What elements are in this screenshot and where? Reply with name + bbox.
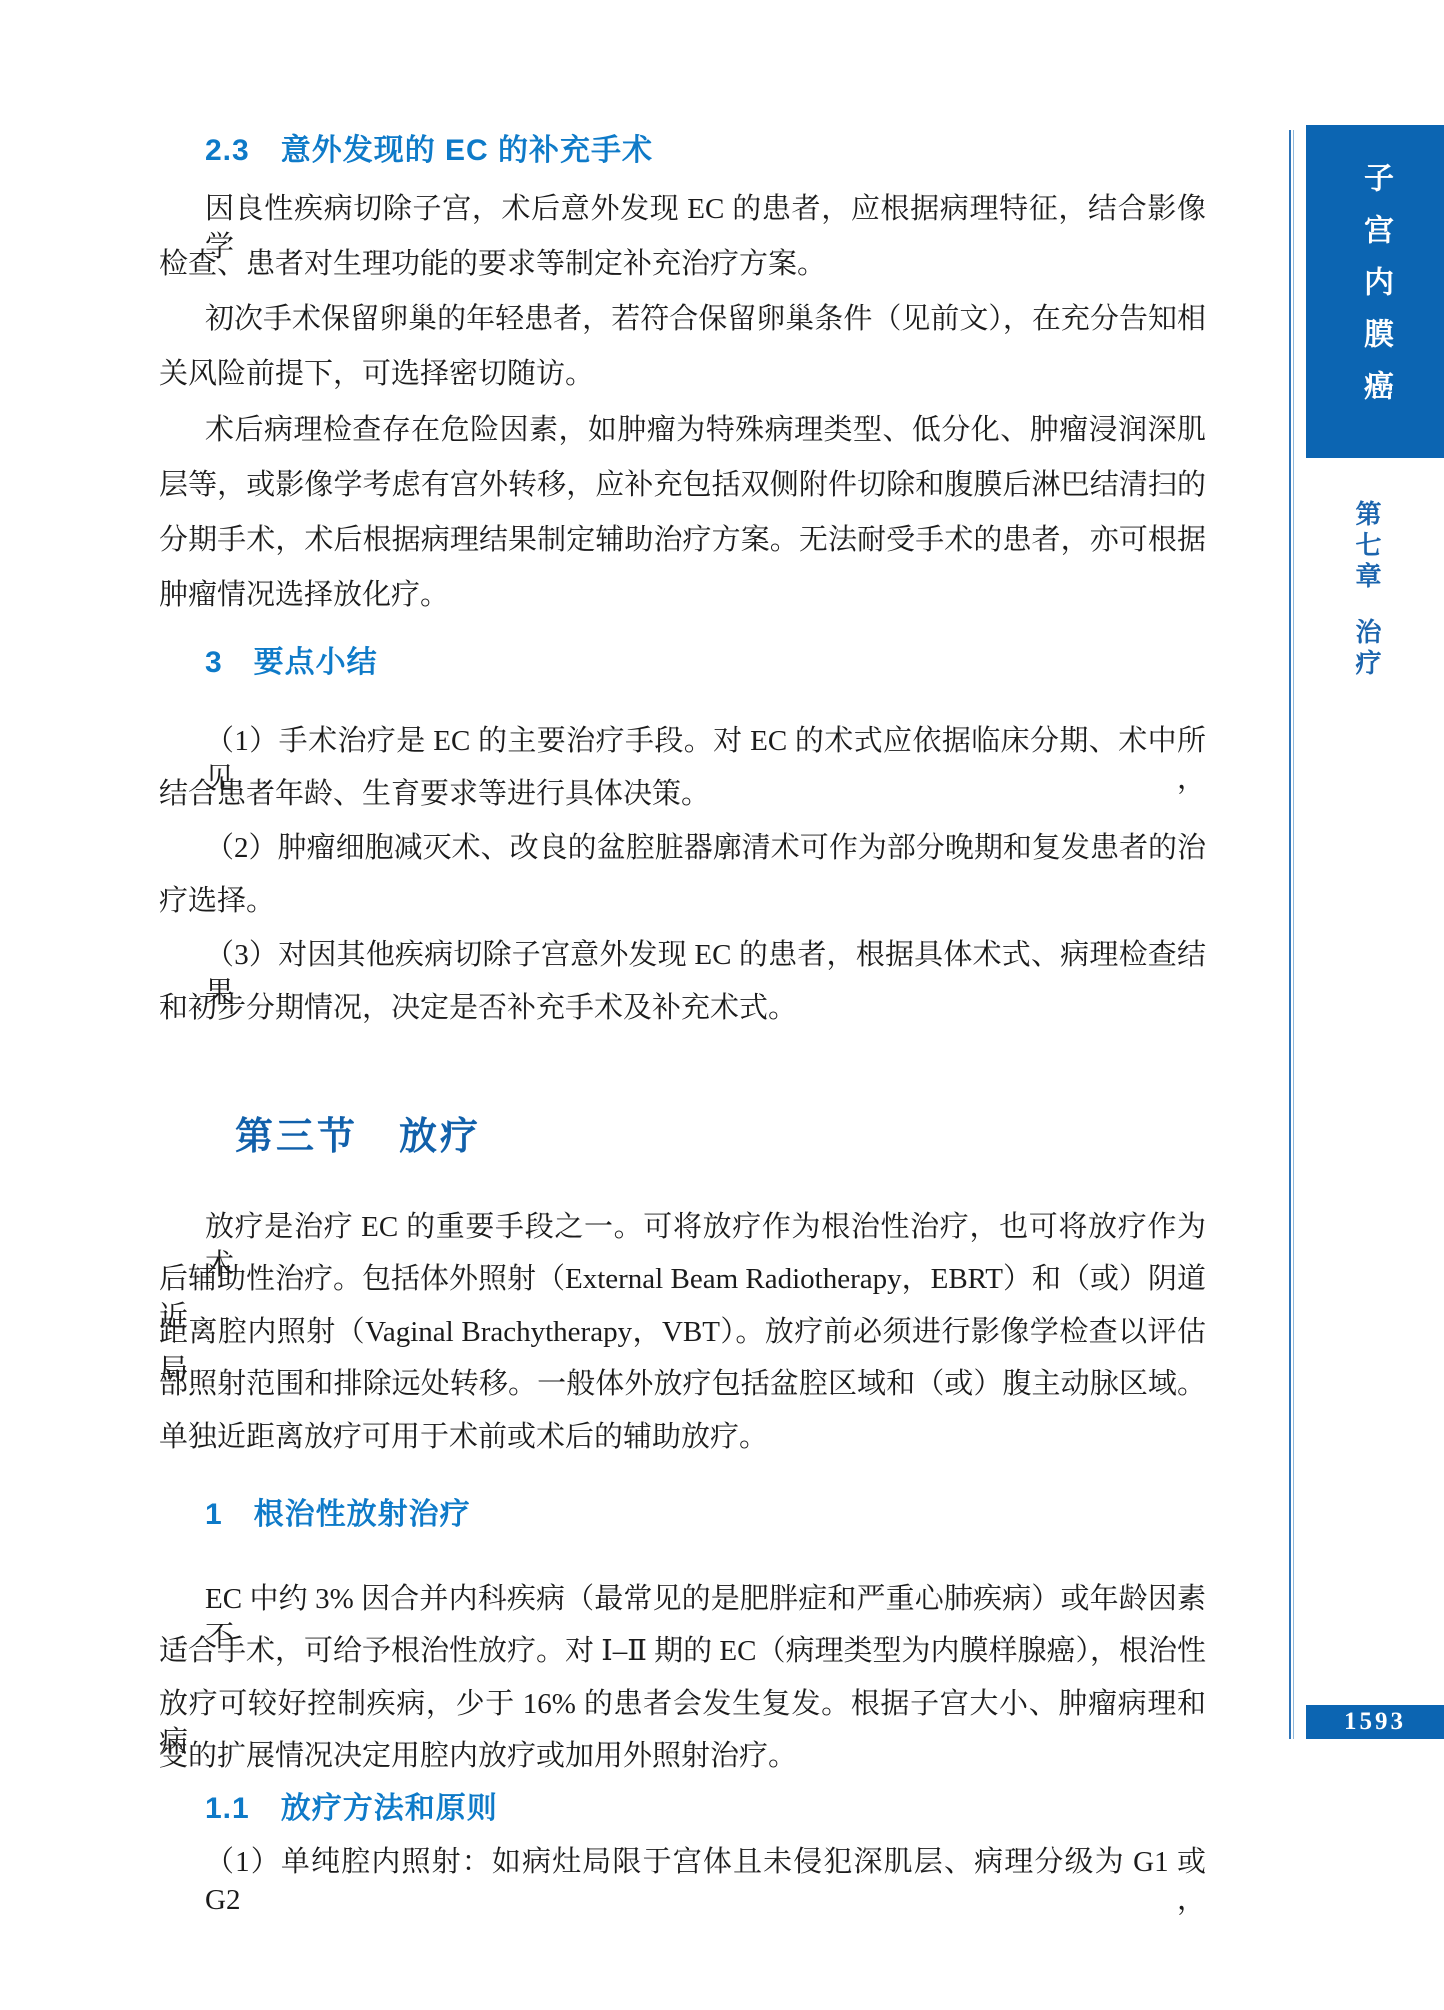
chapter-title-vertical: 治疗 (1348, 618, 1385, 680)
list-item-line: 疗选择。 (159, 882, 1206, 920)
list-item-line: 结合患者年龄、生育要求等进行具体决策。 (159, 775, 1206, 813)
paragraph-line: 关风险前提下，可选择密切随访。 (159, 355, 1206, 393)
heading-radical-radiotherapy: 1 根治性放射治疗 (205, 1498, 471, 1532)
list-item-line: 和初步分期情况，决定是否补充手术及补充术式。 (159, 989, 1206, 1027)
section-heading: 第三节 放疗 (235, 1116, 481, 1158)
paragraph-line: 术后病理检查存在危险因素，如肿瘤为特殊病理类型、低分化、肿瘤浸润深肌 (159, 411, 1206, 449)
paragraph-line: 检查、患者对生理功能的要求等制定补充治疗方案。 (159, 245, 1206, 283)
page-number-badge: 1593 (1306, 1705, 1444, 1739)
heading-2-3: 2.3 意外发现的 EC 的补充手术 (205, 134, 653, 168)
chapter-tab-label: 子宫内膜癌 (1353, 162, 1397, 422)
heading-methods: 1.1 放疗方法和原则 (205, 1792, 498, 1826)
paragraph-line: 部照射范围和排除远处转移。一般体外放疗包括盆腔区域和（或）腹主动脉区域。 (159, 1365, 1206, 1403)
book-page: 2.3 意外发现的 EC 的补充手术 因良性疾病切除子宫，术后意外发现 EC 的… (0, 0, 1444, 2010)
paragraph-line: 单独近距离放疗可用于术前或术后的辅助放疗。 (159, 1418, 1206, 1456)
page-number: 1593 (1344, 1708, 1406, 1736)
heading-summary: 3 要点小结 (205, 646, 378, 680)
list-item-line: （2）肿瘤细胞减灭术、改良的盆腔脏器廓清术可作为部分晚期和复发患者的治 (159, 829, 1206, 867)
chapter-number-vertical: 第七章 (1348, 500, 1385, 593)
paragraph-line: 变的扩展情况决定用腔内放疗或加用外照射治疗。 (159, 1737, 1206, 1775)
paragraph-line: 初次手术保留卵巢的年轻患者，若符合保留卵巢条件（见前文），在充分告知相 (159, 300, 1206, 338)
sidebar-vertical-rule (1289, 130, 1294, 1739)
paragraph-line: 适合手术，可给予根治性放疗。对 Ⅰ–Ⅱ 期的 EC（病理类型为内膜样腺癌），根治… (159, 1632, 1206, 1670)
paragraph-line: （1）单纯腔内照射：如病灶局限于宫体且未侵犯深肌层、病理分级为 G1 或 G2， (159, 1843, 1206, 1919)
paragraph-line: 肿瘤情况选择放化疗。 (159, 576, 1206, 614)
paragraph-line: 层等，或影像学考虑有宫外转移，应补充包括双侧附件切除和腹膜后淋巴结清扫的 (159, 466, 1206, 504)
paragraph-line: 分期手术，术后根据病理结果制定辅助治疗方案。无法耐受手术的患者，亦可根据 (159, 521, 1206, 559)
chapter-tab: 子宫内膜癌 (1306, 125, 1444, 458)
